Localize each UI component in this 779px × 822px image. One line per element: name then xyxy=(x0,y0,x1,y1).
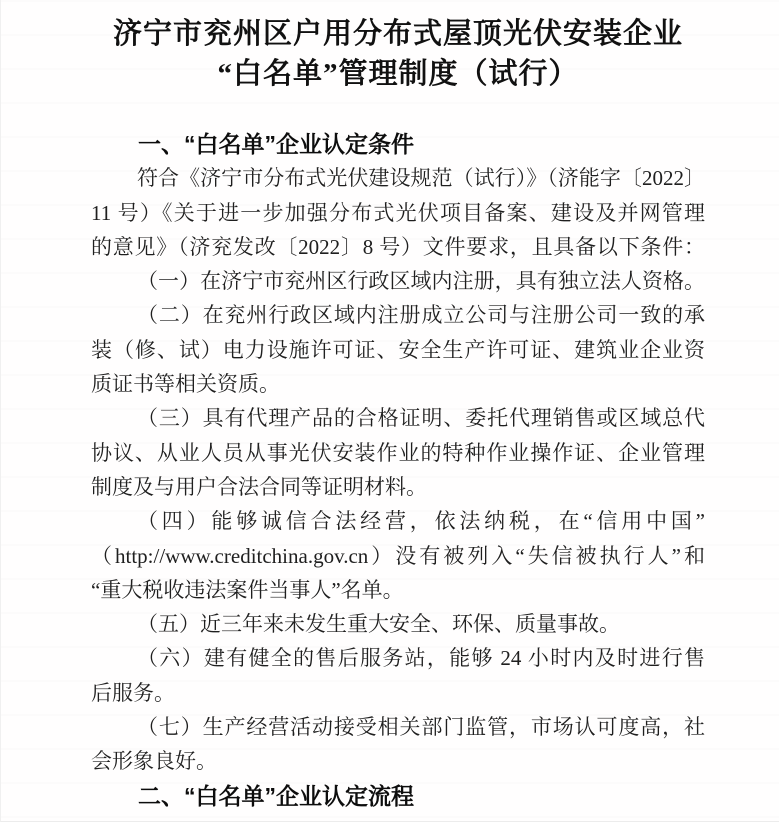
item-1-line-1: （一）在济宁市兖州区行政区域内注册，具有独立法人资格。 xyxy=(91,264,705,298)
document-content: 济宁市兖州区户用分布式屋顶光伏安装企业 “白名单”管理制度（试行） 一、“白名单… xyxy=(1,0,779,813)
intro-line-2: 11 号）《关于进一步加强分布式光伏项目备案、建设及并网管理 xyxy=(91,196,705,230)
document-title: 济宁市兖州区户用分布式屋顶光伏安装企业 “白名单”管理制度（试行） xyxy=(91,14,705,94)
item-6-line-2: 后服务。 xyxy=(91,676,705,710)
document-title-line-2: “白名单”管理制度（试行） xyxy=(91,54,705,94)
intro-line-1: 符合《济宁市分布式光伏建设规范（试行）》（济能字〔2022〕 xyxy=(91,161,705,195)
item-4-line-3: “重大税收违法案件当事人”名单。 xyxy=(91,573,705,607)
item-3-line-3: 制度及与用户合法合同等证明材料。 xyxy=(91,470,705,504)
item-4-line-1: （四）能够诚信合法经营，依法纳税，在“信用中国” xyxy=(91,504,705,538)
section-2-heading: 二、“白名单”企业认定流程 xyxy=(91,779,705,813)
section-1-heading: 一、“白名单”企业认定条件 xyxy=(91,127,705,161)
item-4-line-2-creditchina-url: （http://www.creditchina.gov.cn）没有被列入“失信被… xyxy=(91,539,705,573)
item-7-line-1: （七）生产经营活动接受相关部门监管，市场认可度高，社 xyxy=(91,710,705,744)
intro-line-3: 的意见》（济兖发改〔2022〕8 号）文件要求，且具备以下条件： xyxy=(91,230,705,264)
item-3-line-2: 协议、从业人员从事光伏安装作业的特种作业操作证、企业管理 xyxy=(91,436,705,470)
item-3-line-1: （三）具有代理产品的合格证明、委托代理销售或区域总代 xyxy=(91,401,705,435)
item-2-line-2: 装（修、试）电力设施许可证、安全生产许可证、建筑业企业资 xyxy=(91,333,705,367)
item-6-line-1: （六）建有健全的售后服务站，能够 24 小时内及时进行售 xyxy=(91,641,705,675)
scanned-document-page: 济宁市兖州区户用分布式屋顶光伏安装企业 “白名单”管理制度（试行） 一、“白名单… xyxy=(0,0,779,822)
item-2-line-3: 质证书等相关资质。 xyxy=(91,367,705,401)
item-5-line-1: （五）近三年来未发生重大安全、环保、质量事故。 xyxy=(91,607,705,641)
document-title-line-1: 济宁市兖州区户用分布式屋顶光伏安装企业 xyxy=(91,14,705,54)
item-2-line-1: （二）在兖州行政区域内注册成立公司与注册公司一致的承 xyxy=(91,298,705,332)
item-7-line-2: 会形象良好。 xyxy=(91,744,705,778)
